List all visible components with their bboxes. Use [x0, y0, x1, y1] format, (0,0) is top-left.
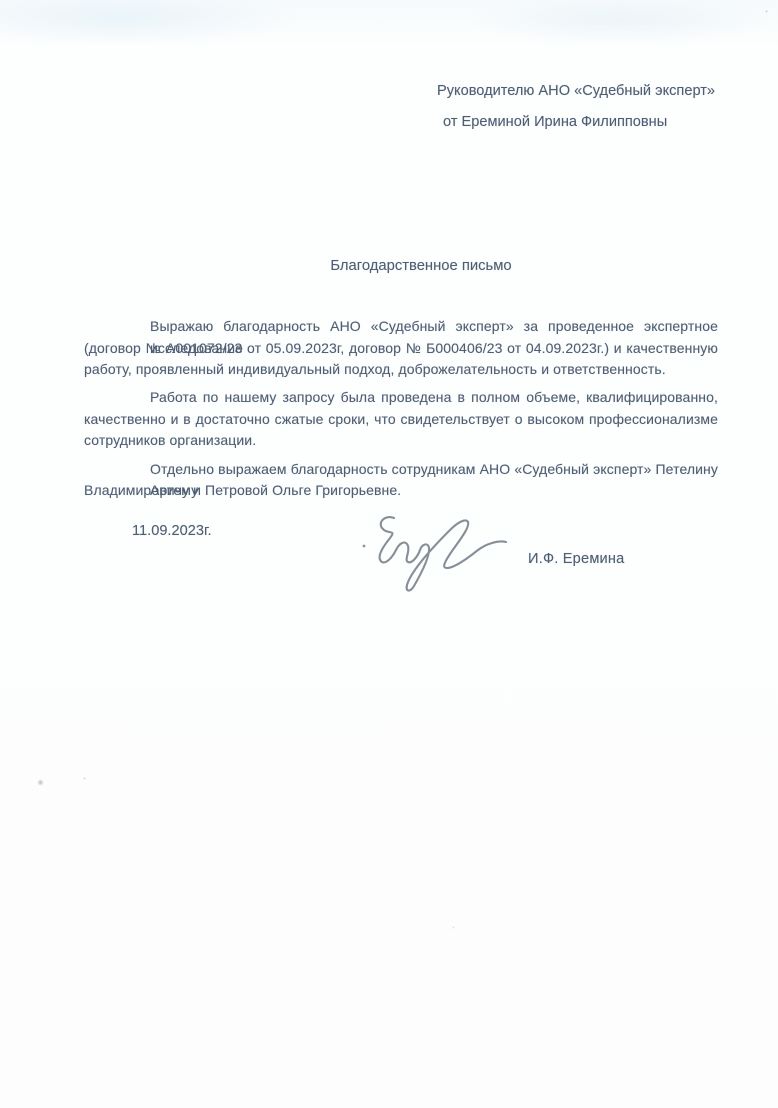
paragraph: Выражаю благодарность АНО «Судебный эксп…	[84, 316, 718, 381]
scanned-letter-page: Руководителю АНО «Судебный эксперт» от Е…	[0, 0, 778, 1108]
addressee-line: Руководителю АНО «Судебный эксперт»	[437, 81, 715, 101]
paragraph: Отдельно выражаем благодарность сотрудни…	[84, 459, 718, 502]
scan-smudge	[765, 10, 768, 13]
body-line: Отдельно выражаем благодарность сотрудни…	[84, 459, 718, 481]
scan-smudge	[452, 926, 455, 929]
body-line: (договор № А001072/23 от 05.09.2023г, до…	[84, 338, 718, 360]
signer-name: И.Ф. Еремина	[528, 551, 624, 567]
letter-title: Благодарственное письмо	[84, 256, 718, 276]
body-line: работу, проявленный индивидуальный подхо…	[84, 359, 718, 381]
scan-smudge	[37, 779, 44, 786]
sender-line: от Ереминой Ирина Филипповны	[437, 112, 715, 132]
letter-date: 11.09.2023г.	[132, 523, 212, 539]
body-paragraphs: Выражаю благодарность АНО «Судебный эксп…	[84, 316, 718, 508]
body-line: Владимировичу и Петровой Ольге Григорьев…	[84, 480, 718, 502]
paragraph: Работа по нашему запросу была проведена …	[84, 387, 718, 452]
scan-smudge	[83, 777, 86, 780]
body-line: сотрудников организации.	[84, 430, 718, 452]
body-line: Выражаю благодарность АНО «Судебный эксп…	[84, 316, 718, 338]
body-line: качественно и в достаточно сжатые сроки,…	[84, 409, 718, 431]
handwritten-signature	[350, 506, 520, 606]
letter-addressee-block: Руководителю АНО «Судебный эксперт» от Е…	[437, 81, 715, 132]
body-line: Работа по нашему запросу была проведена …	[84, 387, 718, 409]
